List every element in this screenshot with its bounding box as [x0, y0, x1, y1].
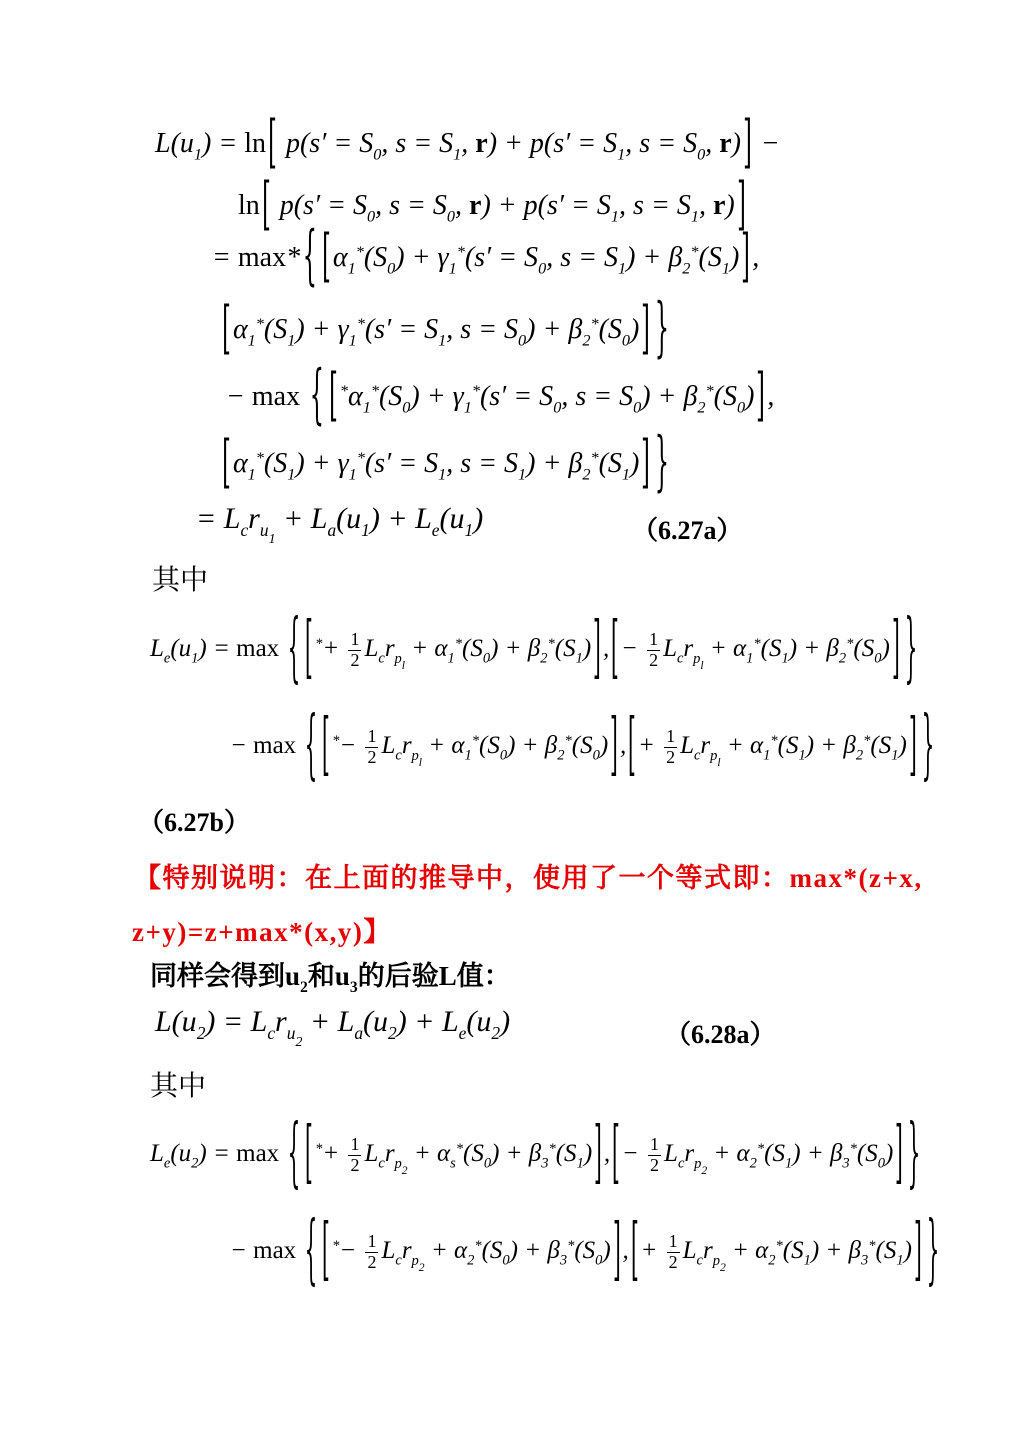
derive-u2-u3-text: 同样会得到u2和u3的后验L值： [150, 960, 511, 994]
where-text-2: 其中 [150, 1064, 206, 1104]
formula-627a-line3: = max*{[α1*(S0) + γ1*(s′ = S0, s = S1) +… [212, 240, 759, 275]
formula-628b-line2: − max {[*− 12Lcrp2 + α2*(S0) + β3*(S0)],… [230, 1232, 942, 1273]
formula-627a-line4: [α1*(S1) + γ1*(s′ = S1, s = S0) + β2*(S0… [220, 312, 672, 347]
equation-label-627b: （6.27b） [138, 802, 250, 839]
formula-627a-line1: L(u1) = ln[ p(s′ = S0, s = S1, r) + p(s′… [155, 126, 780, 161]
equation-label-628a: （6.28a） [665, 1014, 776, 1051]
formula-627b-line2: − max {[*− 12Lcrpl + α1*(S0) + β2*(S0)],… [230, 727, 936, 768]
formula-628a: L(u2) = Lcru2 + La(u2) + Le(u2) [155, 1003, 510, 1043]
where-text-1: 其中 [152, 558, 208, 598]
special-note-line1: 【特别说明：在上面的推导中，使用了一个等式即：max*(z+x, [134, 856, 923, 895]
formula-627b-line1: Le(u1) = max {[*+ 12Lcrpl + α1*(S0) + β2… [150, 630, 919, 671]
equation-label-627a: （6.27a） [632, 510, 743, 547]
formula-627a-result: = Lcru1 + La(u1) + Le(u1) [196, 500, 483, 540]
formula-627a-line6: [α1*(S1) + γ1*(s′ = S1, s = S1) + β2*(S1… [220, 446, 672, 481]
formula-627a-line5: − max {[*α1*(S0) + γ1*(s′ = S0, s = S0) … [226, 379, 774, 414]
formula-628b-line1: Le(u2) = max {[*+ 12Lcrp2 + αs*(S0) + β3… [150, 1135, 923, 1176]
special-note-line2: z+y)=z+max*(x,y)】 [132, 910, 392, 949]
